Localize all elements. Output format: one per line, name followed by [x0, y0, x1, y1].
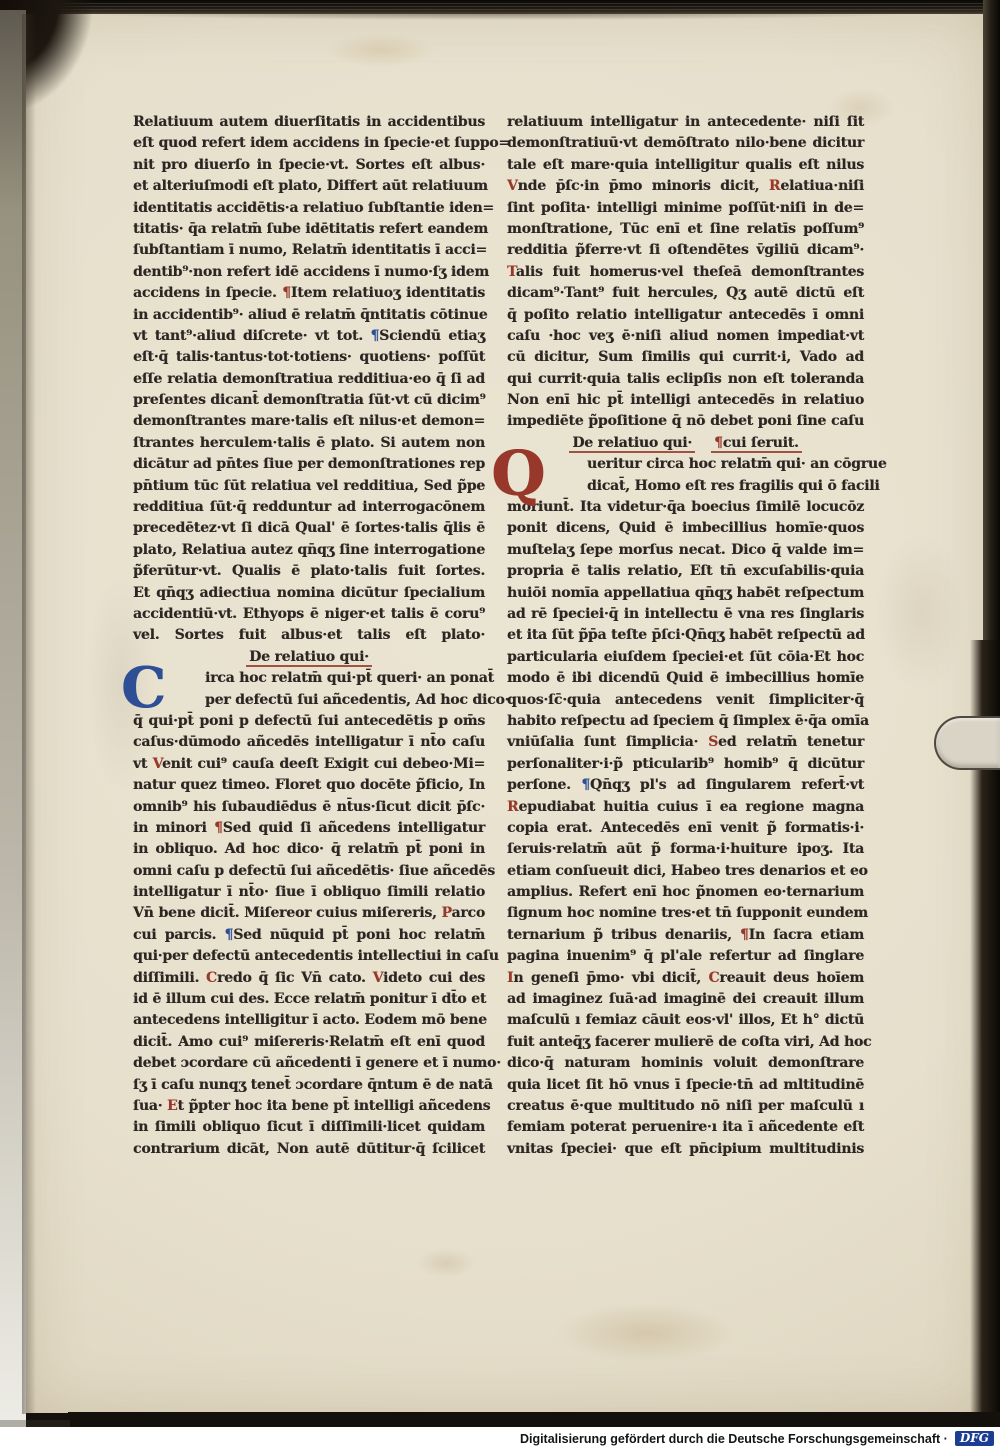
stain — [326, 33, 436, 67]
stain — [876, 533, 966, 693]
text-line: omnib⁹ his ſubaudiēdus ē nt̄us·ſicut dic… — [133, 797, 485, 818]
text-segment: epudiabat huitia cuius ī ea regione magn… — [518, 799, 864, 815]
text-line: dicit̄. Amo cui⁹ miſereris·Relatm̄ eſt e… — [133, 1032, 485, 1053]
text-line: particularia eiuſdem ſpeciei·et ſūt cōia… — [507, 647, 864, 668]
scan-bottom-band-left — [0, 1420, 70, 1427]
text-line: irca hoc relatm̄ qui·pt̄ queri· an ponat… — [133, 668, 485, 689]
text-segment: in minori — [133, 820, 214, 836]
text-line: modo ē ibi dicendū Quid ē imbecillius ho… — [507, 668, 864, 689]
text-line: pn̄tium tūc ſūt relatiua vel redditiua, … — [133, 476, 485, 497]
text-line: Vnde p̄ſc·in p̄mo minoris dicit, Relatiu… — [507, 176, 864, 197]
text-line: ſtrantes herculem·talis ē plato. Si aute… — [133, 433, 485, 454]
section-heading: De relatiuo qui· — [133, 647, 485, 668]
text-line: muſtelaʒ ſepe morſus necat. Dico q̄ vald… — [507, 540, 864, 561]
text-line: qui·per defectū antecedentis intellectiu… — [133, 946, 485, 967]
rubricated-letter: V — [507, 178, 518, 194]
text-line: perſonaliter·i·p̃ pticularib⁹ homib⁹ q̄ … — [507, 754, 864, 775]
text-segment: vt tant⁹·aliud diſcrete· vt tot. — [133, 328, 370, 344]
illuminated-initial: C — [121, 660, 166, 716]
text-line: ueritur circa hoc relatm̄ qui· an cōgrue — [507, 454, 864, 475]
text-line: impediēte p̃poſitione q̄ nō debet poni ſ… — [507, 411, 864, 432]
text-line: vnitas ſpeciei· que eſt pn̄cipium multit… — [507, 1139, 864, 1160]
text-line: eſt quod refert idem accidens in ſpecie·… — [133, 133, 485, 154]
text-line: q̄ qui·pt̄ poni p defectū ſui antecedēti… — [133, 711, 485, 732]
text-segment: elatiua·niſi — [780, 178, 864, 194]
footer-bar: Digitalisierung gefördert durch die Deut… — [0, 1427, 1000, 1450]
text-line: p̃ferūtur·vt. Qualis ē plato·talis fuit … — [133, 561, 485, 582]
text-line: redditiua ſūt·q̄ redduntur ad interrogac… — [133, 497, 485, 518]
rubricated-letter: S — [708, 734, 718, 750]
text-line: quos·ſc̄·quia antecedens venit ſimplicit… — [507, 690, 864, 711]
text-segment: Qn̄qʒ pl's ad ſingularem refert̄·vt — [590, 777, 864, 793]
text-line: ſint poſita· intelligi minime poſſūt·niſ… — [507, 198, 864, 219]
illuminated-initial: Q — [491, 446, 545, 502]
text-line: ſeruis·relatm̄ aūt p̃ forma·i·huiture ip… — [507, 839, 864, 860]
gutter-shadow — [22, 14, 36, 1414]
paragraph-mark: ¶ — [282, 285, 291, 301]
rubricated-letter: E — [167, 1098, 177, 1114]
rubricated-letter: R — [507, 799, 518, 815]
text-segment: reauit deus hoīem — [719, 970, 864, 986]
text-line: accidens in ſpecie. ¶Item relatiuoʒ iden… — [133, 283, 485, 304]
rubricated-letter: V — [373, 970, 383, 986]
rubricated-letter: T — [507, 264, 516, 280]
text-line: ad imaginez ſuā·ad imaginē dei creauit i… — [507, 989, 864, 1010]
text-line: huiōi nomīa appellatiua qn̄qʒ habēt reſp… — [507, 583, 864, 604]
text-segment: In ſacra etiam — [749, 927, 864, 943]
paragraph-mark: ¶ — [224, 927, 233, 943]
text-line: identitatis accidētis·a relatiuo ſubſtan… — [133, 198, 485, 219]
text-segment: ternarium p̃ tribus denariis, — [507, 927, 740, 943]
stain — [556, 1303, 736, 1363]
text-segment: vt — [133, 756, 153, 772]
text-line: intelligatur ī nt̄o· ſiue ī obliquo ſimi… — [133, 882, 485, 903]
text-line: contrarium dicāt, Non autē dūtitur·q̄ ſc… — [133, 1139, 485, 1160]
text-segment: Sed quid ſi añcedens intelligatur — [223, 820, 485, 836]
text-line: caſus·dūmodo añcedēs intelligatur ī nt̄o… — [133, 732, 485, 753]
rubricated-letter: C — [206, 970, 217, 986]
text-line: Non enī hic pt̄ intelligi antecedēs in r… — [507, 390, 864, 411]
paragraph-mark: ¶ — [740, 927, 749, 943]
text-line: vt Venit cui⁹ cauſa deeſt Exigit cui deb… — [133, 754, 485, 775]
scan-bottom-band — [68, 1412, 1000, 1427]
rubricated-letter: R — [769, 178, 780, 194]
text-segment: vniūſalia ſunt ſimplicia· — [507, 734, 708, 750]
text-line: natur quez timeo. Floret quo docēte p̃fi… — [133, 775, 485, 796]
text-line: antecedens intelligitur ī acto. Eodem mō… — [133, 1010, 485, 1031]
text-line: ponit dicens, Quid ē imbecillius homīe·q… — [507, 518, 864, 539]
text-segment: Sed nūquid pt̄ poni hoc relatm̄ — [233, 927, 485, 943]
text-line: ternarium p̃ tribus denariis, ¶In ſacra … — [507, 925, 864, 946]
text-segment: ſua· — [133, 1098, 167, 1114]
paragraph-mark: ¶ — [581, 777, 590, 793]
text-segment: n geneſi p̄mo· vbi dicit̄, — [513, 970, 708, 986]
text-line: copia erat. Antecedēs enī venit p̃ forma… — [507, 818, 864, 839]
dfg-logo: DFG — [955, 1431, 994, 1446]
text-line: precedētez·vt ſi dicā Qual' ē ſortes·tal… — [133, 518, 485, 539]
text-line: plato, Relatiua autez qn̄qʒ ſine interro… — [133, 540, 485, 561]
text-line: monſtratione, Tūc enī et ſine relatīs po… — [507, 219, 864, 240]
text-line: in minori ¶Sed quid ſi añcedens intellig… — [133, 818, 485, 839]
text-line: accidentiū·vt. Ethyops ē niger·et talis … — [133, 604, 485, 625]
text-line: Relatiuum autem diuerſitatis in accident… — [133, 112, 485, 133]
text-segment: De relatiuo qui· — [249, 649, 369, 665]
text-line: moriunt̄. Ita videtur·q̄a boecius ſimilē… — [507, 497, 864, 518]
text-line: ſubſtantiam ī numo, Relatm̄ identitatis … — [133, 240, 485, 261]
text-line: per defectū ſui añcedentis, Ad hoc dico· — [133, 690, 485, 711]
text-line: maſculū ı femiaz cāuit eos·vl' illos, Et… — [507, 1010, 864, 1031]
text-line: in ſimili obliquo ſicut ī diſſimili·lice… — [133, 1117, 485, 1138]
text-segment: ideto cui des — [383, 970, 485, 986]
text-line: cui parcis. ¶Sed nūquid pt̄ poni hoc rel… — [133, 925, 485, 946]
text-line: Talis fuit homerus·vel theſeā demonſtran… — [507, 262, 864, 283]
text-line: ſʒ ī caſu nunqʒ tenet̄ ɔcordare q̄ntum ē… — [133, 1075, 485, 1096]
text-line: eſt·q̄ talis·tantus·tot·totiens· quotien… — [133, 347, 485, 368]
rubricated-letter: C — [708, 970, 719, 986]
paragraph-mark: ¶ — [714, 435, 723, 451]
text-line: omni caſu p defectū ſui añcedētis· ſiue … — [133, 861, 485, 882]
text-line: vt tant⁹·aliud diſcrete· vt tot. ¶Sciend… — [133, 326, 485, 347]
text-line: vniūſalia ſunt ſimplicia· Sed relatm̄ te… — [507, 732, 864, 753]
text-segment: nde p̄ſc·in p̄mo minoris dicit, — [518, 178, 769, 194]
text-line: perſone. ¶Qn̄qʒ pl's ad ſingularem refer… — [507, 775, 864, 796]
rubricated-letter: P — [442, 905, 452, 921]
text-segment: Item relatiuoʒ identitatis — [291, 285, 485, 301]
text-line: et alteriuſmodi eſt plato, Differt aūt r… — [133, 176, 485, 197]
text-line: creatus ē·que multitudo nō niſi per maſc… — [507, 1096, 864, 1117]
text-segment: Sciendū etiaʒ — [379, 328, 485, 344]
text-line: In geneſi p̄mo· vbi dicit̄, Creauit deus… — [507, 968, 864, 989]
text-line: tale eſt mare·quia intelligitur qualis e… — [507, 155, 864, 176]
text-segment: cui ſeruit. — [723, 435, 799, 451]
text-line: ſua· Et p̃pter hoc ita bene pt̄ intellig… — [133, 1096, 485, 1117]
text-line: fuit anteq̄ʒ facerer mulierē de coſta vi… — [507, 1032, 864, 1053]
digitization-credit: Digitalisierung gefördert durch die Deut… — [520, 1432, 948, 1446]
text-segment: perſone. — [507, 777, 581, 793]
text-line: quia licet ſit hō vnus ī ſpecie·tn̄ ad m… — [507, 1075, 864, 1096]
text-segment: diſſimili. — [133, 970, 206, 986]
text-line: in accidentib⁹· aliud ē relatm̄ q̄ntitat… — [133, 305, 485, 326]
bookmark-tab — [934, 716, 1000, 770]
text-line: demonſtratiuū·vt demōſtrato nilo·bene di… — [507, 133, 864, 154]
text-line: Et qn̄qʒ adiectiua nomina dicūtur ſpecia… — [133, 583, 485, 604]
text-line: nit pro diuerſo in ſpecie·vt. Sortes eſt… — [133, 155, 485, 176]
text-line: cū dicitur, Sum ſimilis qui currit·i, Va… — [507, 347, 864, 368]
text-line: dicātur ad pn̄tes ſiue per demonſtration… — [133, 454, 485, 475]
text-column-right: relatiuum intelligatur in antecedente· n… — [507, 112, 864, 1160]
text-line: dicam⁹·Tant⁹ fuit hercules, Qʒ autē dict… — [507, 283, 864, 304]
text-line: diſſimili. Credo q̄ ſic Vn̄ cato. Videto… — [133, 968, 485, 989]
text-line: debet ɔcordare cū añcedenti ī genere et … — [133, 1053, 485, 1074]
text-line: redditia p̃ferre·vt ſi oſtendētes v̄gili… — [507, 240, 864, 261]
text-line: ſignum hoc nomine tres·et tn̄ ſupponit e… — [507, 903, 864, 924]
heading-underline: De relatiuo qui· — [569, 435, 695, 453]
text-segment: t p̃pter hoc ita bene pt̄ intelligi añce… — [178, 1098, 491, 1114]
rubricated-letter: V — [153, 756, 162, 772]
text-line: id ē illum cui des. Ecce relatm̄ ponitur… — [133, 989, 485, 1010]
text-segment: alis fuit homerus·vel theſeā demonſtrant… — [516, 264, 864, 280]
text-line: relatiuum intelligatur in antecedente· n… — [507, 112, 864, 133]
text-segment: arco — [451, 905, 485, 921]
text-line: vel. Sortes fuit albus·et talis eſt plat… — [133, 625, 485, 646]
text-segment: redo q̄ ſic Vn̄ cato. — [217, 970, 373, 986]
text-line: etiam conſueuit dici, Habeo tres denario… — [507, 861, 864, 882]
text-segment: De relatiuo qui· — [572, 435, 692, 451]
text-segment: ed relatm̄ tenetur — [718, 734, 864, 750]
stain — [416, 1248, 476, 1278]
text-line: et ita ſūt p̃p̄a teſte p̄ſci·Qn̄qʒ habēt… — [507, 625, 864, 646]
text-line: dico·q̄ naturam hominis voluit demonſtra… — [507, 1053, 864, 1074]
text-line: Vn̄ bene dicit̄. Miſereor cuius miſereri… — [133, 903, 485, 924]
text-column-left: Relatiuum autem diuerſitatis in accident… — [133, 112, 485, 1160]
text-line: pagina inuenim⁹ q̄ pl'ale refertur ad ſi… — [507, 946, 864, 967]
text-line: dentib⁹·non refert idē accidens ī numo·ſ… — [133, 262, 485, 283]
text-line: dicat̄, Homo eſt res fragilis qui ō faci… — [507, 476, 864, 497]
page-block-streaks — [0, 3, 1000, 12]
text-line: qui currit·quia talis eclipſis non eſt t… — [507, 369, 864, 390]
scanned-book-page: Relatiuum autem diuerſitatis in accident… — [0, 0, 1000, 1450]
paragraph-mark: ¶ — [370, 328, 379, 344]
text-segment: enit cui⁹ cauſa deeſt Exigit cui debeo·M… — [162, 756, 485, 772]
text-segment: Vn̄ bene dicit̄. Miſereor cuius miſereri… — [133, 905, 442, 921]
text-line: in obliquo. Ad hoc dico· q̄ relatm̄ pt̄ … — [133, 839, 485, 860]
text-line: titatis· q̄a relatm̄ ſube idētitatis ref… — [133, 219, 485, 240]
heading-underline: ¶cui ſeruit. — [711, 435, 802, 453]
section-heading: De relatiuo qui·¶cui ſeruit. — [507, 433, 864, 454]
heading-underline: De relatiuo qui· — [246, 649, 372, 667]
text-segment: cui parcis. — [133, 927, 224, 943]
text-line: Repudiabat huitia cuius ī ea regione mag… — [507, 797, 864, 818]
text-segment: accidens in ſpecie. — [133, 285, 282, 301]
text-line: caſu ·hoc veʒ ē·niſi aliud nomen impedia… — [507, 326, 864, 347]
paragraph-mark: ¶ — [214, 820, 223, 836]
page-edge-shadow — [60, 13, 940, 20]
text-line: preſentes dicant̄ demonſtratia ſūt·vt cū… — [133, 390, 485, 411]
text-line: eſſe relatia demonſtratiua redditiua·eo … — [133, 369, 485, 390]
text-line: habito reſpectu ad ſpeciem q̄ ſimplex ē·… — [507, 711, 864, 732]
text-line: femiam poterat peruenire·ı ita ī añceden… — [507, 1117, 864, 1138]
text-line: propria ē talis relatio, Eſt tn̄ excuſab… — [507, 561, 864, 582]
text-line: q̄ poſito relatio intelligatur antecedēs… — [507, 305, 864, 326]
text-line: ad rē ſpeciei·q̄ in intellectu ē vna res… — [507, 604, 864, 625]
text-line: demonſtrantes mare·talis eſt nilus·et de… — [133, 411, 485, 432]
text-line: amplius. Refert enī hoc p̃nomen eo·terna… — [507, 882, 864, 903]
